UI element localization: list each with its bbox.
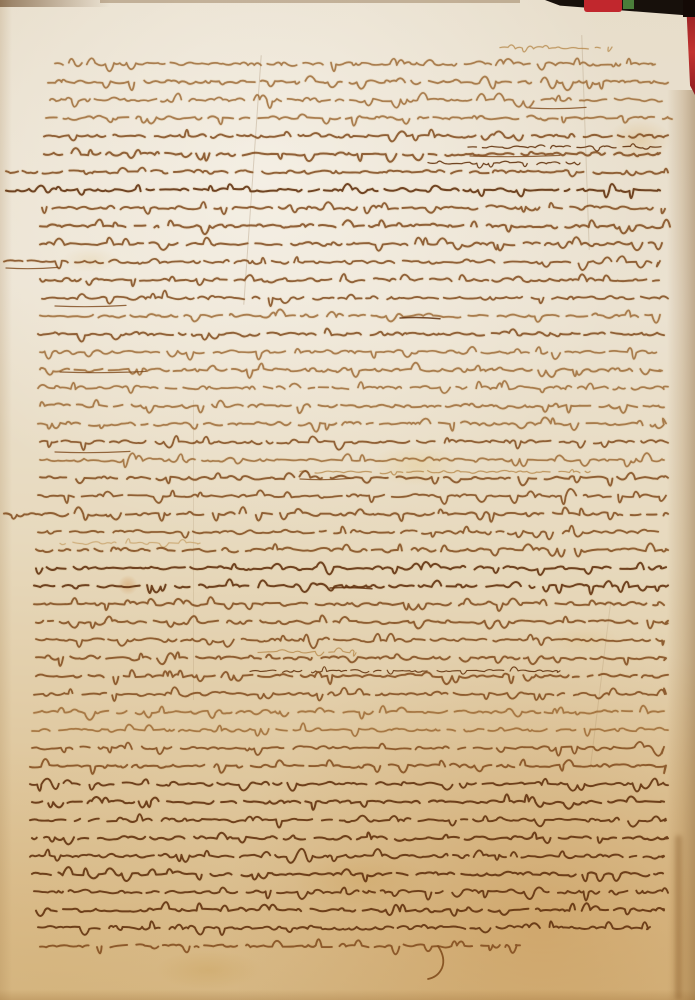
text-line (30, 759, 666, 774)
underline-mark (530, 107, 586, 108)
handwritten-text-layer (0, 0, 695, 1000)
text-line (40, 471, 668, 486)
text-line (42, 291, 668, 306)
underline-mark (55, 451, 130, 452)
text-line (36, 634, 664, 648)
text-line (30, 849, 664, 863)
ink-line-halo (30, 779, 668, 792)
ink-line-halo (38, 489, 666, 504)
text-line (6, 184, 660, 198)
ink-line-halo (38, 526, 666, 540)
manuscript-photo (0, 0, 695, 1000)
text-line (36, 562, 666, 575)
strikethrough-mark (400, 317, 440, 318)
text-line (34, 687, 666, 701)
ink-line-halo (40, 347, 666, 360)
underline-mark (300, 478, 350, 479)
ink-line-halo (32, 794, 664, 809)
text-line (44, 130, 668, 142)
underline-mark (55, 305, 126, 306)
text-line (40, 939, 520, 954)
underline-mark (6, 267, 58, 268)
text-line (40, 363, 662, 378)
text-line (40, 309, 660, 322)
underline-mark (60, 371, 146, 372)
ink-line-halo (30, 814, 666, 827)
